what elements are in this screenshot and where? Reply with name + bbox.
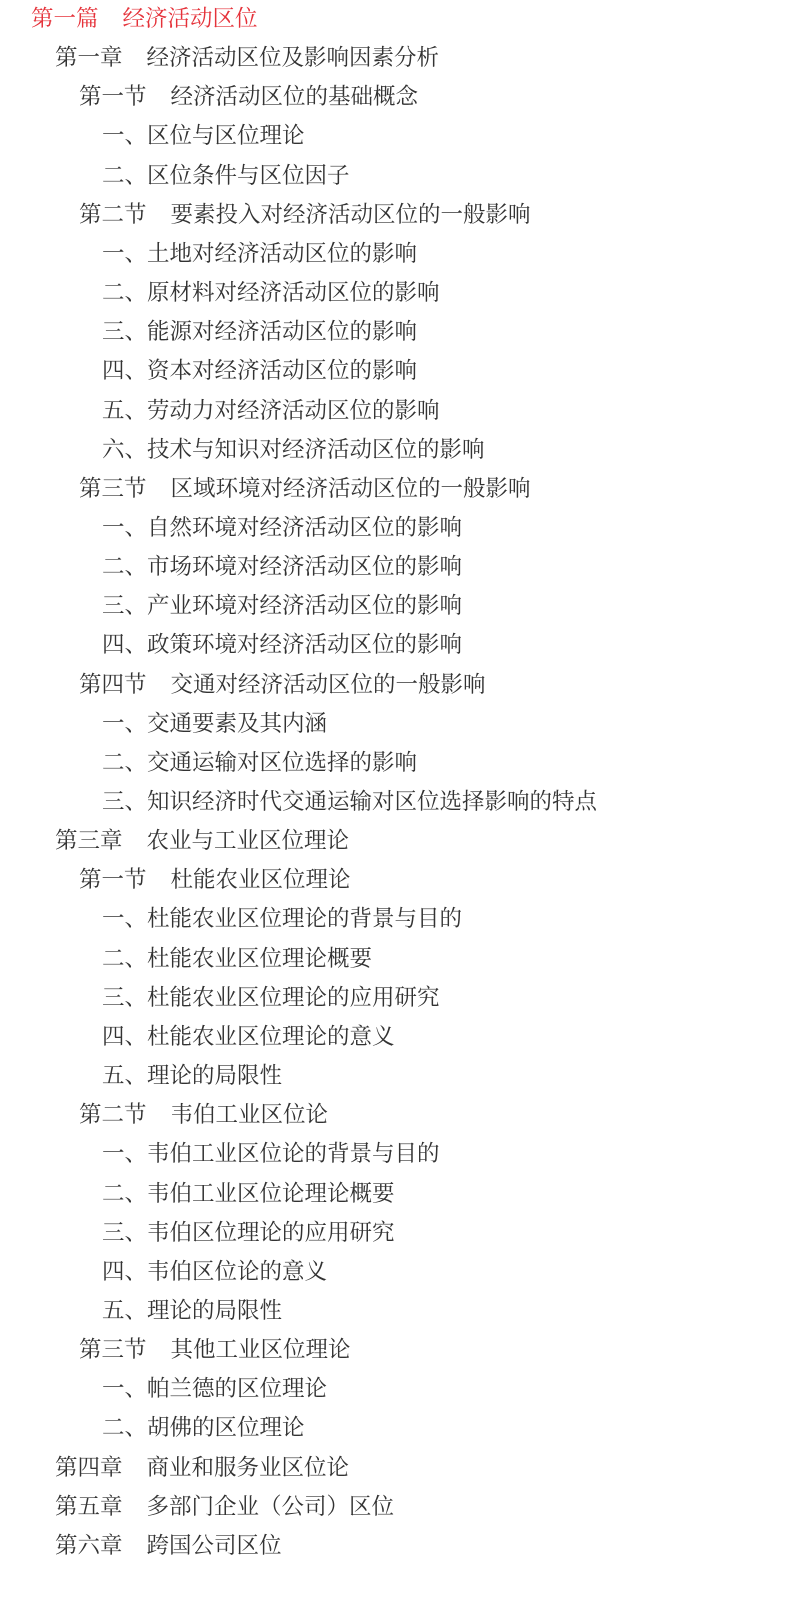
toc-subsection[interactable]: 五、劳动力对经济活动区位的影响	[102, 392, 440, 431]
toc-number: 三、	[102, 1214, 147, 1253]
toc-number: 三、	[102, 783, 147, 822]
toc-number: 一、	[102, 509, 147, 548]
toc-number: 第一章	[55, 39, 123, 78]
toc-number: 五、	[102, 1057, 147, 1096]
toc-subsection[interactable]: 三、韦伯区位理论的应用研究	[102, 1214, 395, 1253]
toc-title: 要素投入对经济活动区位的一般影响	[171, 202, 531, 228]
toc-subsection[interactable]: 一、区位与区位理论	[102, 117, 305, 156]
toc-number: 第二节	[79, 1096, 147, 1135]
toc-number: 三、	[102, 979, 147, 1018]
toc-title: 杜能农业区位理论的背景与目的	[147, 906, 462, 932]
toc-number: 四、	[102, 626, 147, 665]
toc-title: 杜能农业区位理论	[171, 867, 351, 893]
toc-subsection[interactable]: 三、杜能农业区位理论的应用研究	[102, 979, 440, 1018]
toc-title: 区位与区位理论	[147, 123, 305, 149]
toc-title: 韦伯区位理论的应用研究	[147, 1220, 395, 1246]
toc-subsection[interactable]: 四、韦伯区位论的意义	[102, 1253, 327, 1292]
toc-chapter[interactable]: 第四章商业和服务业区位论	[55, 1449, 349, 1488]
toc-title: 区域环境对经济活动区位的一般影响	[171, 476, 531, 502]
toc-number: 二、	[102, 744, 147, 783]
toc-title: 技术与知识对经济活动区位的影响	[147, 437, 485, 463]
toc-number: 四、	[102, 352, 147, 391]
toc-subsection[interactable]: 五、理论的局限性	[102, 1292, 282, 1331]
toc-title: 劳动力对经济活动区位的影响	[147, 398, 440, 424]
toc-title: 自然环境对经济活动区位的影响	[147, 515, 462, 541]
toc-title: 多部门企业（公司）区位	[147, 1494, 395, 1520]
toc-number: 一、	[102, 235, 147, 274]
toc-chapter[interactable]: 第三章农业与工业区位理论	[55, 822, 349, 861]
toc-number: 第一节	[79, 78, 147, 117]
toc-number: 第六章	[55, 1527, 123, 1566]
toc-title: 知识经济时代交通运输对区位选择影响的特点	[147, 789, 597, 815]
toc-chapter[interactable]: 第六章跨国公司区位	[55, 1527, 282, 1566]
toc-section[interactable]: 第三节其他工业区位理论	[79, 1331, 351, 1370]
toc-number: 二、	[102, 274, 147, 313]
toc-number: 第三章	[55, 822, 123, 861]
toc-number: 一、	[102, 117, 147, 156]
toc-number: 第三节	[79, 470, 147, 509]
toc-subsection[interactable]: 二、市场环境对经济活动区位的影响	[102, 548, 462, 587]
toc-section[interactable]: 第一节经济活动区位的基础概念	[79, 78, 418, 117]
toc-subsection[interactable]: 一、韦伯工业区位论的背景与目的	[102, 1135, 440, 1174]
toc-title: 其他工业区位理论	[171, 1337, 351, 1363]
toc-section[interactable]: 第二节要素投入对经济活动区位的一般影响	[79, 196, 531, 235]
toc-title: 理论的局限性	[147, 1063, 282, 1089]
toc-title: 政策环境对经济活动区位的影响	[147, 632, 462, 658]
toc-number: 二、	[102, 940, 147, 979]
toc-subsection[interactable]: 二、原材料对经济活动区位的影响	[102, 274, 440, 313]
toc-title: 原材料对经济活动区位的影响	[147, 280, 440, 306]
toc-title: 杜能农业区位理论的应用研究	[147, 985, 440, 1011]
toc-number: 三、	[102, 587, 147, 626]
toc-section[interactable]: 第二节韦伯工业区位论	[79, 1096, 328, 1135]
toc-title: 农业与工业区位理论	[147, 828, 350, 854]
toc-subsection[interactable]: 六、技术与知识对经济活动区位的影响	[102, 431, 485, 470]
toc-title: 经济活动区位的基础概念	[171, 84, 419, 110]
toc-number: 第二节	[79, 196, 147, 235]
toc-number: 六、	[102, 431, 147, 470]
toc-number: 五、	[102, 392, 147, 431]
toc-number: 第四节	[79, 666, 147, 705]
toc-part[interactable]: 第一篇经济活动区位	[31, 0, 258, 39]
toc-title: 资本对经济活动区位的影响	[147, 358, 417, 384]
toc-subsection[interactable]: 四、杜能农业区位理论的意义	[102, 1018, 395, 1057]
toc-number: 一、	[102, 900, 147, 939]
toc-subsection[interactable]: 二、韦伯工业区位论理论概要	[102, 1175, 395, 1214]
toc-subsection[interactable]: 一、交通要素及其内涵	[102, 705, 327, 744]
toc-title: 胡佛的区位理论	[147, 1415, 305, 1441]
toc-subsection[interactable]: 一、自然环境对经济活动区位的影响	[102, 509, 462, 548]
toc-number: 二、	[102, 548, 147, 587]
toc-number: 三、	[102, 313, 147, 352]
toc-number: 一、	[102, 705, 147, 744]
toc-number: 一、	[102, 1370, 147, 1409]
toc-section[interactable]: 第一节杜能农业区位理论	[79, 861, 351, 900]
toc-title: 杜能农业区位理论的意义	[147, 1024, 395, 1050]
toc-title: 经济活动区位及影响因素分析	[147, 45, 440, 71]
toc-number: 四、	[102, 1018, 147, 1057]
toc-subsection[interactable]: 一、杜能农业区位理论的背景与目的	[102, 900, 462, 939]
toc-subsection[interactable]: 二、杜能农业区位理论概要	[102, 940, 372, 979]
toc-title: 韦伯工业区位论理论概要	[147, 1181, 395, 1207]
toc-title: 韦伯区位论的意义	[147, 1259, 327, 1285]
toc-number: 第三节	[79, 1331, 147, 1370]
toc-title: 帕兰德的区位理论	[147, 1376, 327, 1402]
toc-subsection[interactable]: 四、政策环境对经济活动区位的影响	[102, 626, 462, 665]
toc-number: 第五章	[55, 1488, 123, 1527]
toc-subsection[interactable]: 一、土地对经济活动区位的影响	[102, 235, 417, 274]
toc-title: 跨国公司区位	[147, 1533, 282, 1559]
toc-subsection[interactable]: 一、帕兰德的区位理论	[102, 1370, 327, 1409]
toc-number: 二、	[102, 1409, 147, 1448]
toc-title: 理论的局限性	[147, 1298, 282, 1324]
toc-subsection[interactable]: 二、胡佛的区位理论	[102, 1409, 305, 1448]
toc-title: 能源对经济活动区位的影响	[147, 319, 417, 345]
toc-subsection[interactable]: 三、产业环境对经济活动区位的影响	[102, 587, 462, 626]
toc-title: 交通运输对区位选择的影响	[147, 750, 417, 776]
toc-subsection[interactable]: 二、交通运输对区位选择的影响	[102, 744, 417, 783]
toc-number: 第一节	[79, 861, 147, 900]
toc-number: 二、	[102, 1175, 147, 1214]
toc-chapter[interactable]: 第一章经济活动区位及影响因素分析	[55, 39, 439, 78]
toc-number: 五、	[102, 1292, 147, 1331]
toc-title: 产业环境对经济活动区位的影响	[147, 593, 462, 619]
toc-subsection[interactable]: 二、区位条件与区位因子	[102, 157, 350, 196]
toc-title: 商业和服务业区位论	[147, 1455, 350, 1481]
toc-section[interactable]: 第四节交通对经济活动区位的一般影响	[79, 666, 486, 705]
toc-subsection[interactable]: 三、知识经济时代交通运输对区位选择影响的特点	[102, 783, 597, 822]
toc-chapter[interactable]: 第五章多部门企业（公司）区位	[55, 1488, 394, 1527]
toc-number: 第一篇	[31, 0, 99, 39]
toc-subsection[interactable]: 五、理论的局限性	[102, 1057, 282, 1096]
toc-number: 四、	[102, 1253, 147, 1292]
toc-section[interactable]: 第三节区域环境对经济活动区位的一般影响	[79, 470, 531, 509]
toc-title: 交通对经济活动区位的一般影响	[171, 672, 486, 698]
toc-title: 韦伯工业区位论	[171, 1102, 329, 1128]
toc-title: 经济活动区位	[123, 6, 258, 32]
toc-number: 二、	[102, 157, 147, 196]
toc-title: 韦伯工业区位论的背景与目的	[147, 1141, 440, 1167]
toc-title: 市场环境对经济活动区位的影响	[147, 554, 462, 580]
toc-title: 杜能农业区位理论概要	[147, 946, 372, 972]
toc-subsection[interactable]: 四、资本对经济活动区位的影响	[102, 352, 417, 391]
toc-number: 一、	[102, 1135, 147, 1174]
toc-subsection[interactable]: 三、能源对经济活动区位的影响	[102, 313, 417, 352]
toc-number: 第四章	[55, 1449, 123, 1488]
toc-title: 区位条件与区位因子	[147, 163, 350, 189]
toc-title: 交通要素及其内涵	[147, 711, 327, 737]
toc-title: 土地对经济活动区位的影响	[147, 241, 417, 267]
